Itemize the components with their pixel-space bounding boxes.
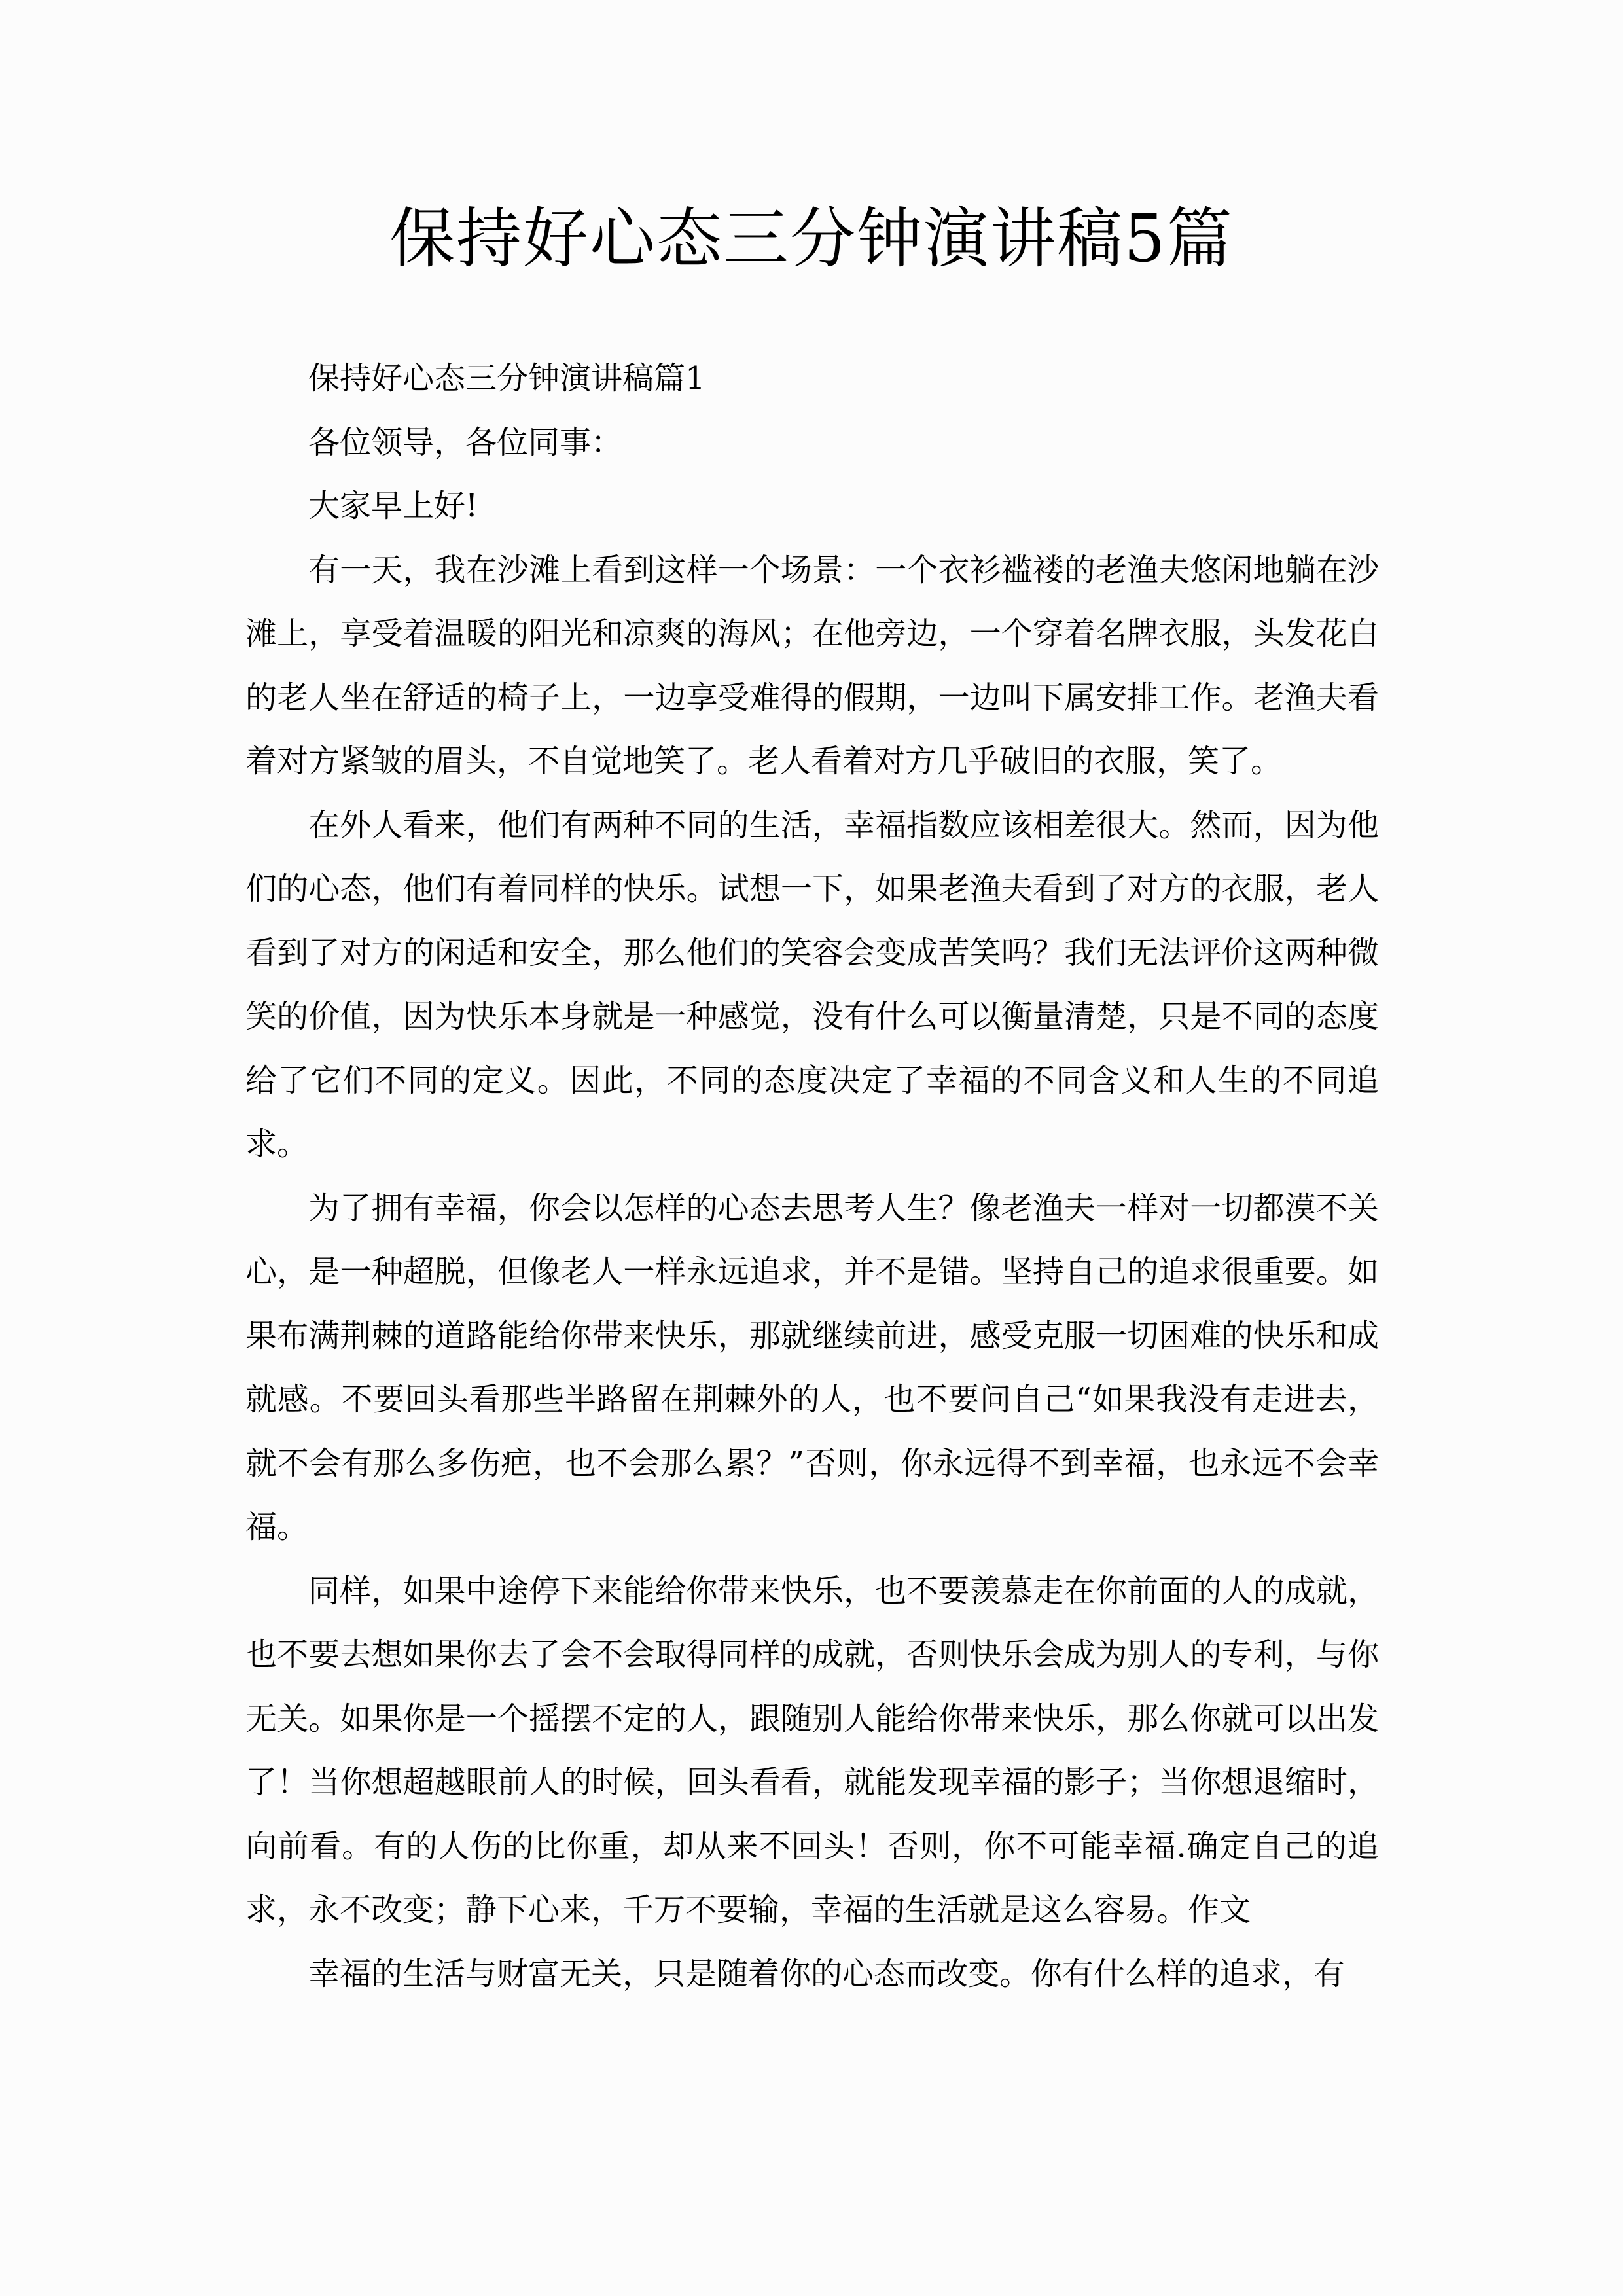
document-page: 保持好心态三分钟演讲稿5篇 保持好心态三分钟演讲稿篇1 各位领导，各位同事： 大… [0, 0, 1623, 2296]
document-body: 保持好心态三分钟演讲稿篇1 各位领导，各位同事： 大家早上好! 有一天，我在沙滩… [245, 347, 1379, 2006]
paragraph: 同样，如果中途停下来能给你带来快乐，也不要羡慕走在你前面的人的成就，也不要去想如… [245, 1560, 1379, 1943]
salutation: 各位领导，各位同事： [245, 411, 1379, 475]
paragraph: 为了拥有幸福，你会以怎样的心态去思考人生？像老渔夫一样对一切都漠不关心，是一种超… [245, 1177, 1379, 1560]
paragraph: 幸福的生活与财富无关，只是随着你的心态而改变。你有什么样的追求，有 [245, 1943, 1379, 2007]
paragraph: 在外人看来，他们有两种不同的生活，幸福指数应该相差很大。然而，因为他们的心态，他… [245, 794, 1379, 1177]
greeting: 大家早上好! [245, 475, 1379, 539]
paragraph: 有一天，我在沙滩上看到这样一个场景：一个衣衫褴褛的老渔夫悠闲地躺在沙滩上，享受着… [245, 539, 1379, 794]
section-heading: 保持好心态三分钟演讲稿篇1 [245, 347, 1379, 411]
document-title: 保持好心态三分钟演讲稿5篇 [0, 196, 1623, 281]
